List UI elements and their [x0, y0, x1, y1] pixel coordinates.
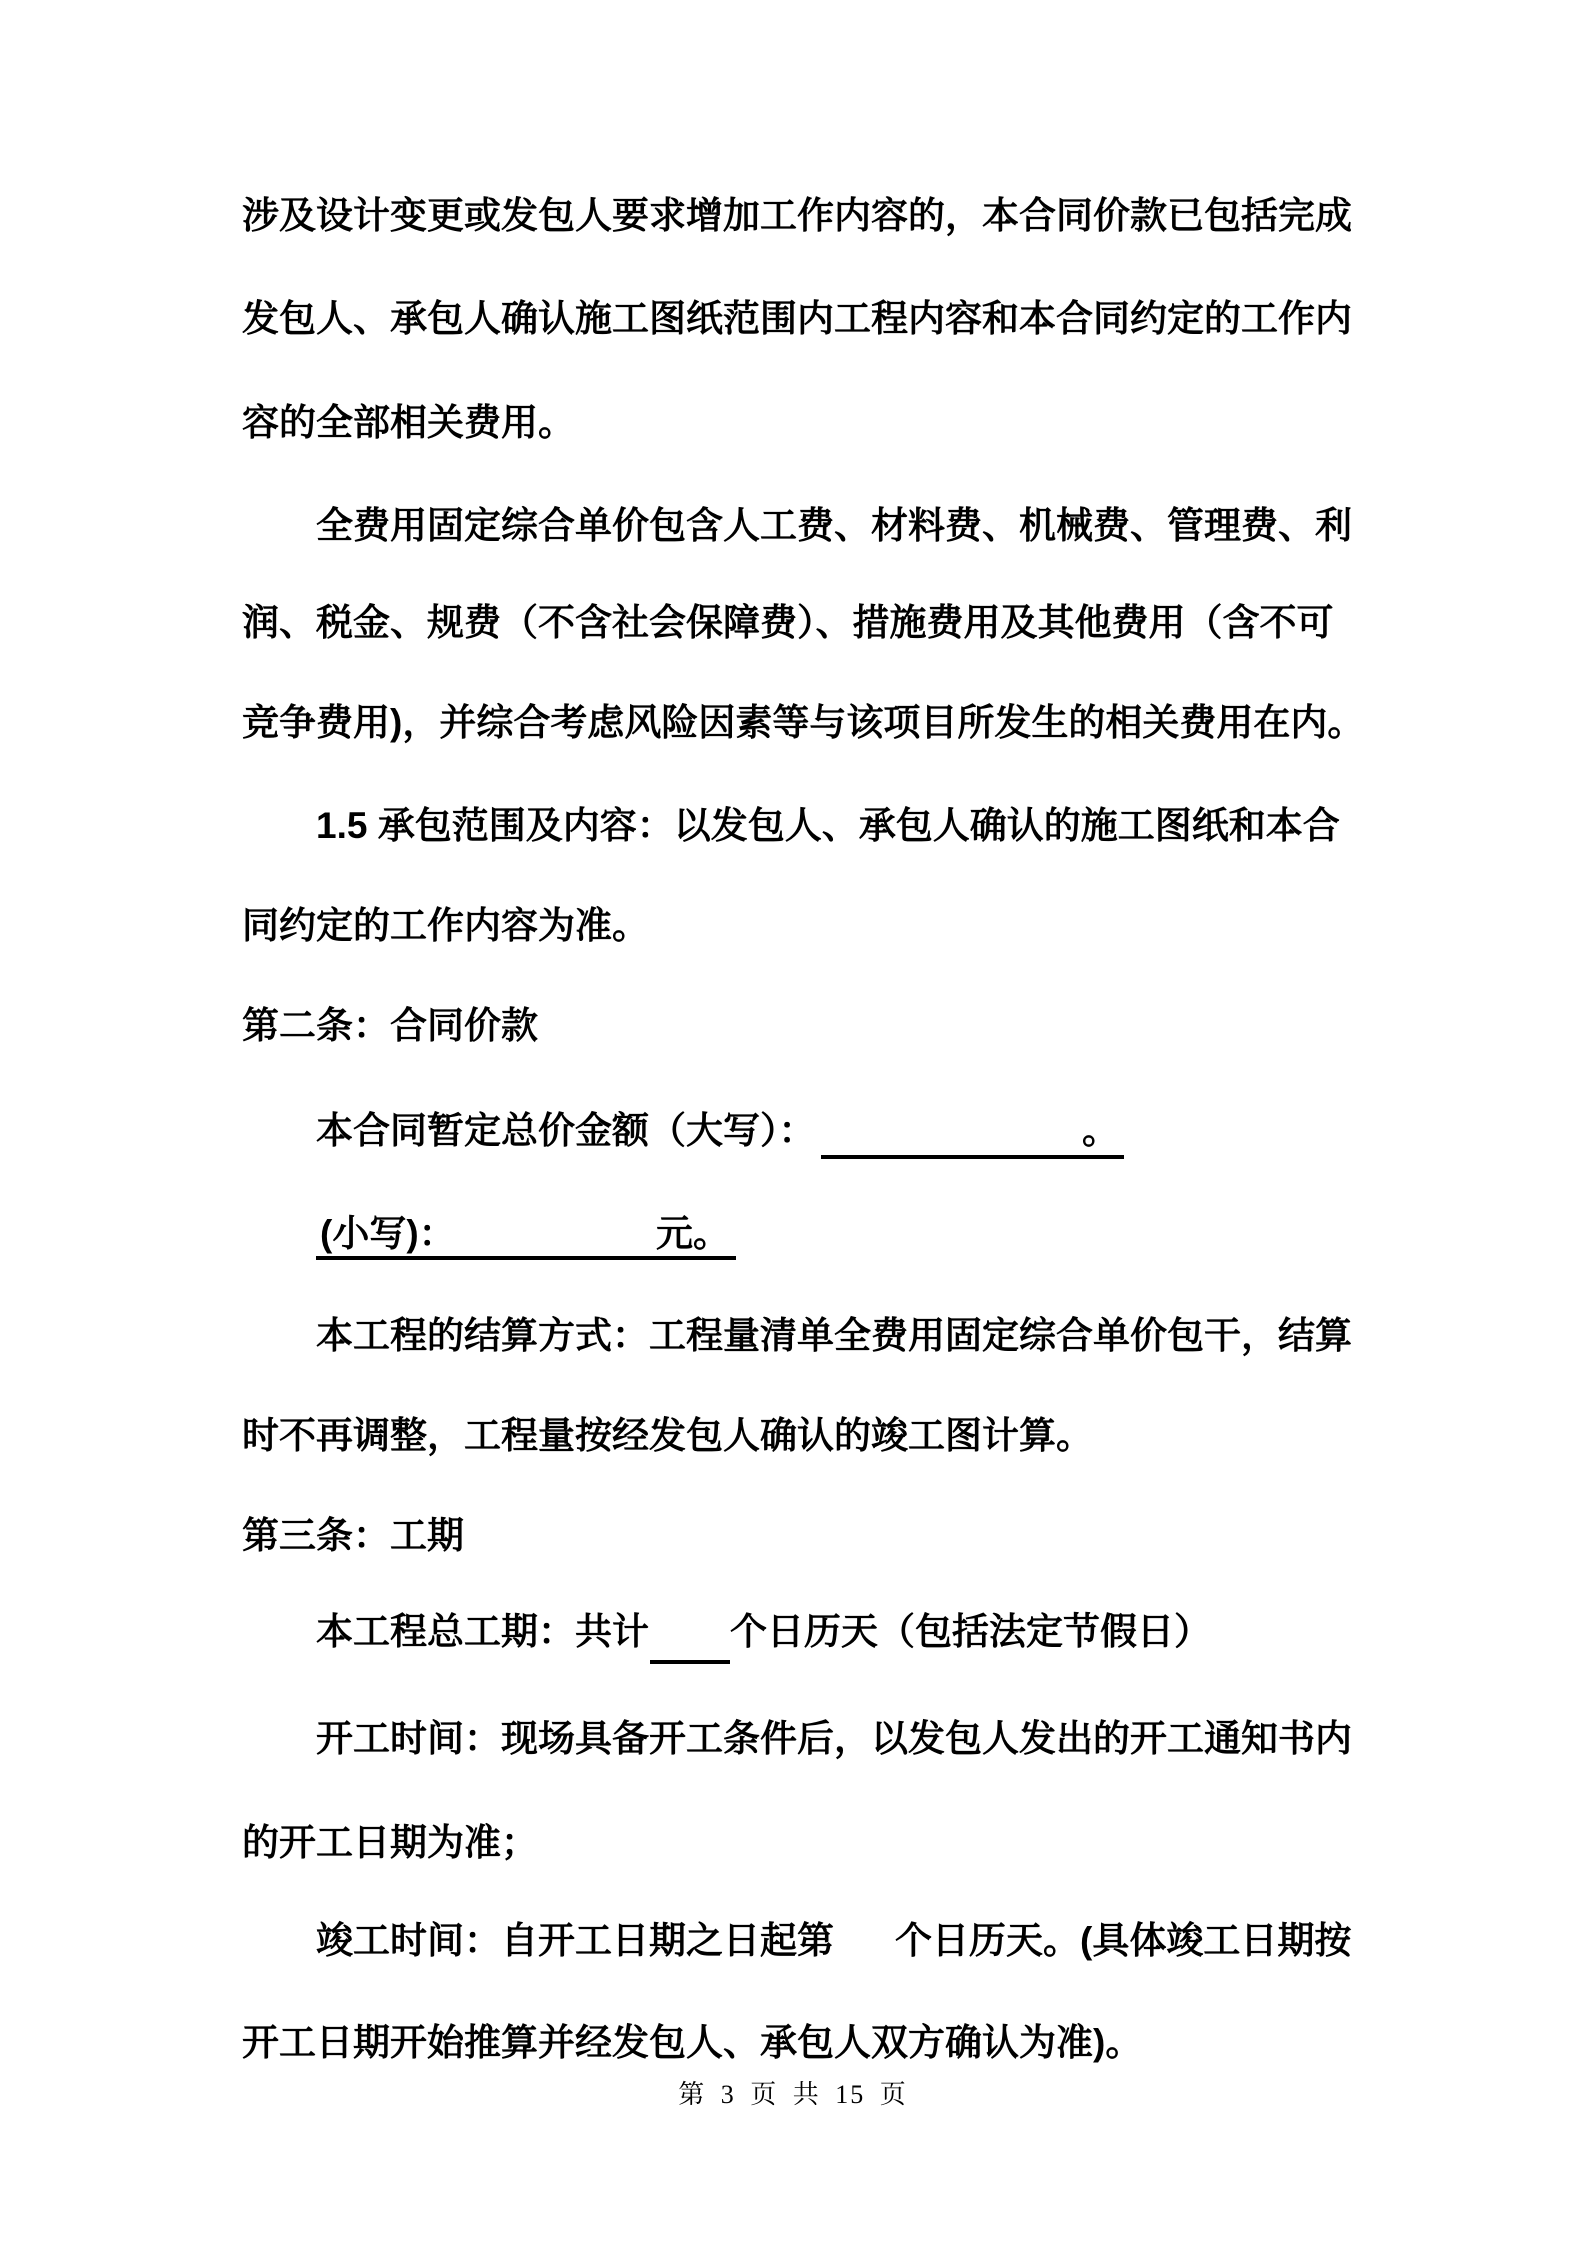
duration-blank-underline: [650, 1660, 730, 1664]
price-lowercase-blank-underline: [316, 1256, 736, 1260]
body-line: 1.5 承包范围及内容：以发包人、承包人确认的施工图纸和本合: [316, 807, 1340, 844]
completion-prefix: 竣工时间：自开工日期之日起第: [316, 1922, 834, 1959]
page-number-footer: 第 3 页 共 15 页: [0, 2082, 1586, 2108]
duration-prefix: 本工程总工期：共计: [316, 1613, 649, 1650]
body-line: 同约定的工作内容为准。: [242, 907, 649, 944]
body-line: 本工程的结算方式：工程量清单全费用固定综合单价包干，结算: [316, 1317, 1352, 1354]
body-line: 涉及设计变更或发包人要求增加工作内容的，本合同价款已包括完成: [242, 197, 1352, 234]
duration-suffix: 个日历天（包括法定节假日）: [730, 1613, 1211, 1650]
body-line: 开工日期开始推算并经发包人、承包人双方确认为准)。: [242, 2024, 1142, 2061]
price-uppercase-blank-underline: [821, 1155, 1124, 1159]
body-line: 容的全部相关费用。: [242, 404, 575, 441]
body-line: 时不再调整，工程量按经发包人确认的竣工图计算。: [242, 1417, 1093, 1454]
price-uppercase-period: 。: [1082, 1112, 1119, 1149]
body-line: 开工时间：现场具备开工条件后，以发包人发出的开工通知书内: [316, 1720, 1352, 1757]
body-line: 润、税金、规费（不含社会保障费）、措施费用及其他费用（含不可: [242, 604, 1334, 641]
body-line: 竞争费用)，并综合考虑风险因素等与该项目所发生的相关费用在内。: [242, 704, 1364, 741]
price-lowercase-label: (小写)：: [320, 1215, 456, 1252]
price-lowercase-unit: 元。: [656, 1215, 730, 1252]
completion-suffix: 个日历天。(具体竣工日期按: [895, 1922, 1351, 1959]
article-3-heading: 第三条：工期: [242, 1517, 464, 1554]
article-2-heading: 第二条：合同价款: [242, 1007, 538, 1044]
body-line: 发包人、承包人确认施工图纸范围内工程内容和本合同约定的工作内: [242, 300, 1352, 337]
body-line: 全费用固定综合单价包含人工费、材料费、机械费、管理费、利: [316, 507, 1352, 544]
body-line: 的开工日期为准；: [242, 1824, 538, 1861]
price-uppercase-label: 本合同暂定总价金额（大写）：: [316, 1112, 816, 1149]
contract-page: 涉及设计变更或发包人要求增加工作内容的，本合同价款已包括完成 发包人、承包人确认…: [0, 0, 1586, 2244]
